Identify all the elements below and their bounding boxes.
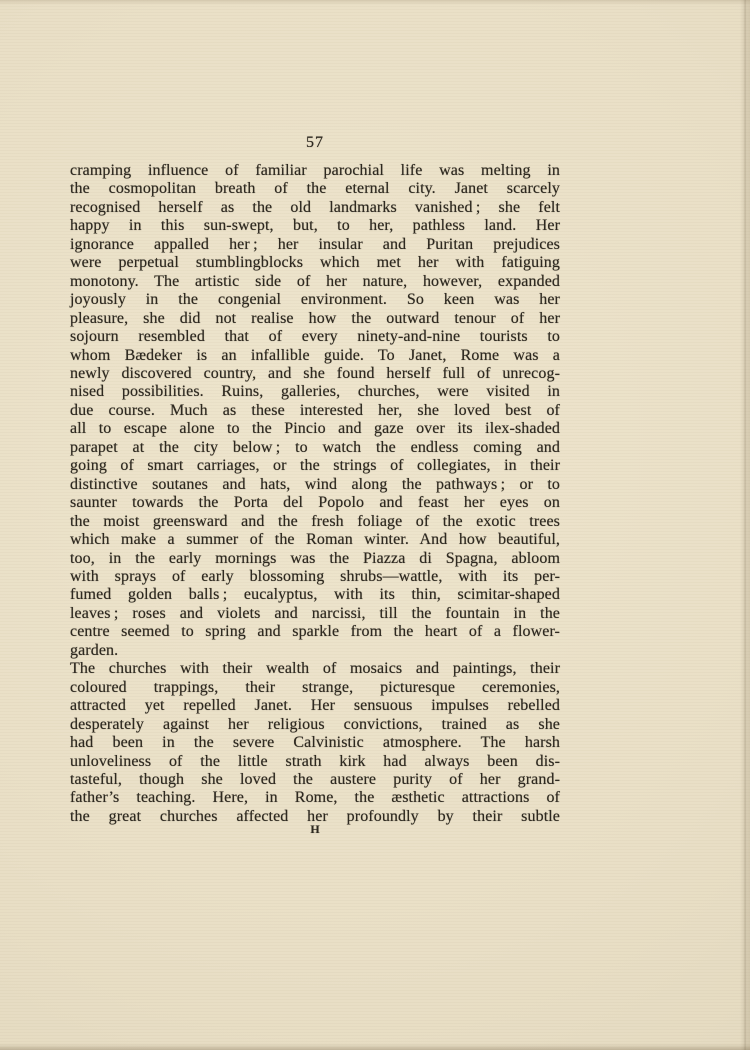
text-line: parapet at the city below ; to watch the… [70, 439, 560, 457]
text-line: cramping influence of familiar parochial… [70, 162, 560, 180]
text-line: unloveliness of the little strath kirk h… [70, 753, 560, 771]
text-line: sojourn resembled that of every ninety-a… [70, 328, 560, 346]
text-line: saunter towards the Porta del Popolo and… [70, 494, 560, 512]
text-line: ignorance appalled her ; her insular and… [70, 236, 560, 254]
scan-edge-bottom [0, 1043, 750, 1050]
text-line: fumed golden balls ; eucalyptus, with it… [70, 586, 560, 604]
text-line: nised possibilities. Ruins, galleries, c… [70, 383, 560, 401]
scan-edge-top [0, 0, 750, 5]
text-line: had been in the severe Calvinistic atmos… [70, 734, 560, 752]
text-line: recognised herself as the old landmarks … [70, 199, 560, 217]
text-line: the moist greensward and the fresh folia… [70, 513, 560, 531]
text-line: whom Bædeker is an infallible guide. To … [70, 347, 560, 365]
text-line: pleasure, she did not realise how the ou… [70, 310, 560, 328]
text-line: were perpetual stumblingblocks which met… [70, 254, 560, 272]
text-line: distinctive soutanes and hats, wind alon… [70, 476, 560, 494]
text-line: which make a summer of the Roman winter.… [70, 531, 560, 549]
text-line: father’s teaching. Here, in Rome, the æs… [70, 789, 560, 807]
paragraph: The churches with their wealth of mosaic… [70, 660, 560, 826]
text-line: with sprays of early blossoming shrubs—w… [70, 568, 560, 586]
text-line: tasteful, though she loved the austere p… [70, 771, 560, 789]
text-line: the cosmopolitan breath of the eternal c… [70, 180, 560, 198]
paragraph: cramping influence of familiar parochial… [70, 162, 560, 660]
text-line: due course. Much as these interested her… [70, 402, 560, 420]
text-line: happy in this sun-swept, but, to her, pa… [70, 217, 560, 235]
text-line: The churches with their wealth of mosaic… [70, 660, 560, 678]
text-line: newly discovered country, and she found … [70, 365, 560, 383]
text-line: desperately against her religious convic… [70, 716, 560, 734]
page-number: 57 [70, 134, 560, 152]
text-line: coloured trappings, their strange, pictu… [70, 679, 560, 697]
page-text: cramping influence of familiar parochial… [70, 162, 560, 826]
text-line: leaves ; roses and violets and narcissi,… [70, 605, 560, 623]
scan-edge-right [740, 0, 750, 1050]
text-line: garden. [70, 642, 560, 660]
text-line: all to escape alone to the Pincio and ga… [70, 420, 560, 438]
text-line: too, in the early mornings was the Piazz… [70, 550, 560, 568]
book-page-scan: 57 cramping influence of familiar paroch… [0, 0, 750, 1050]
text-line: going of smart carriages, or the strings… [70, 457, 560, 475]
text-line: centre seemed to spring and sparkle from… [70, 623, 560, 641]
text-line: monotony. The artistic side of her natur… [70, 273, 560, 291]
text-line: joyously in the congenial environment. S… [70, 291, 560, 309]
text-line: attracted yet repelled Janet. Her sensuo… [70, 697, 560, 715]
signature-mark: H [70, 823, 560, 836]
